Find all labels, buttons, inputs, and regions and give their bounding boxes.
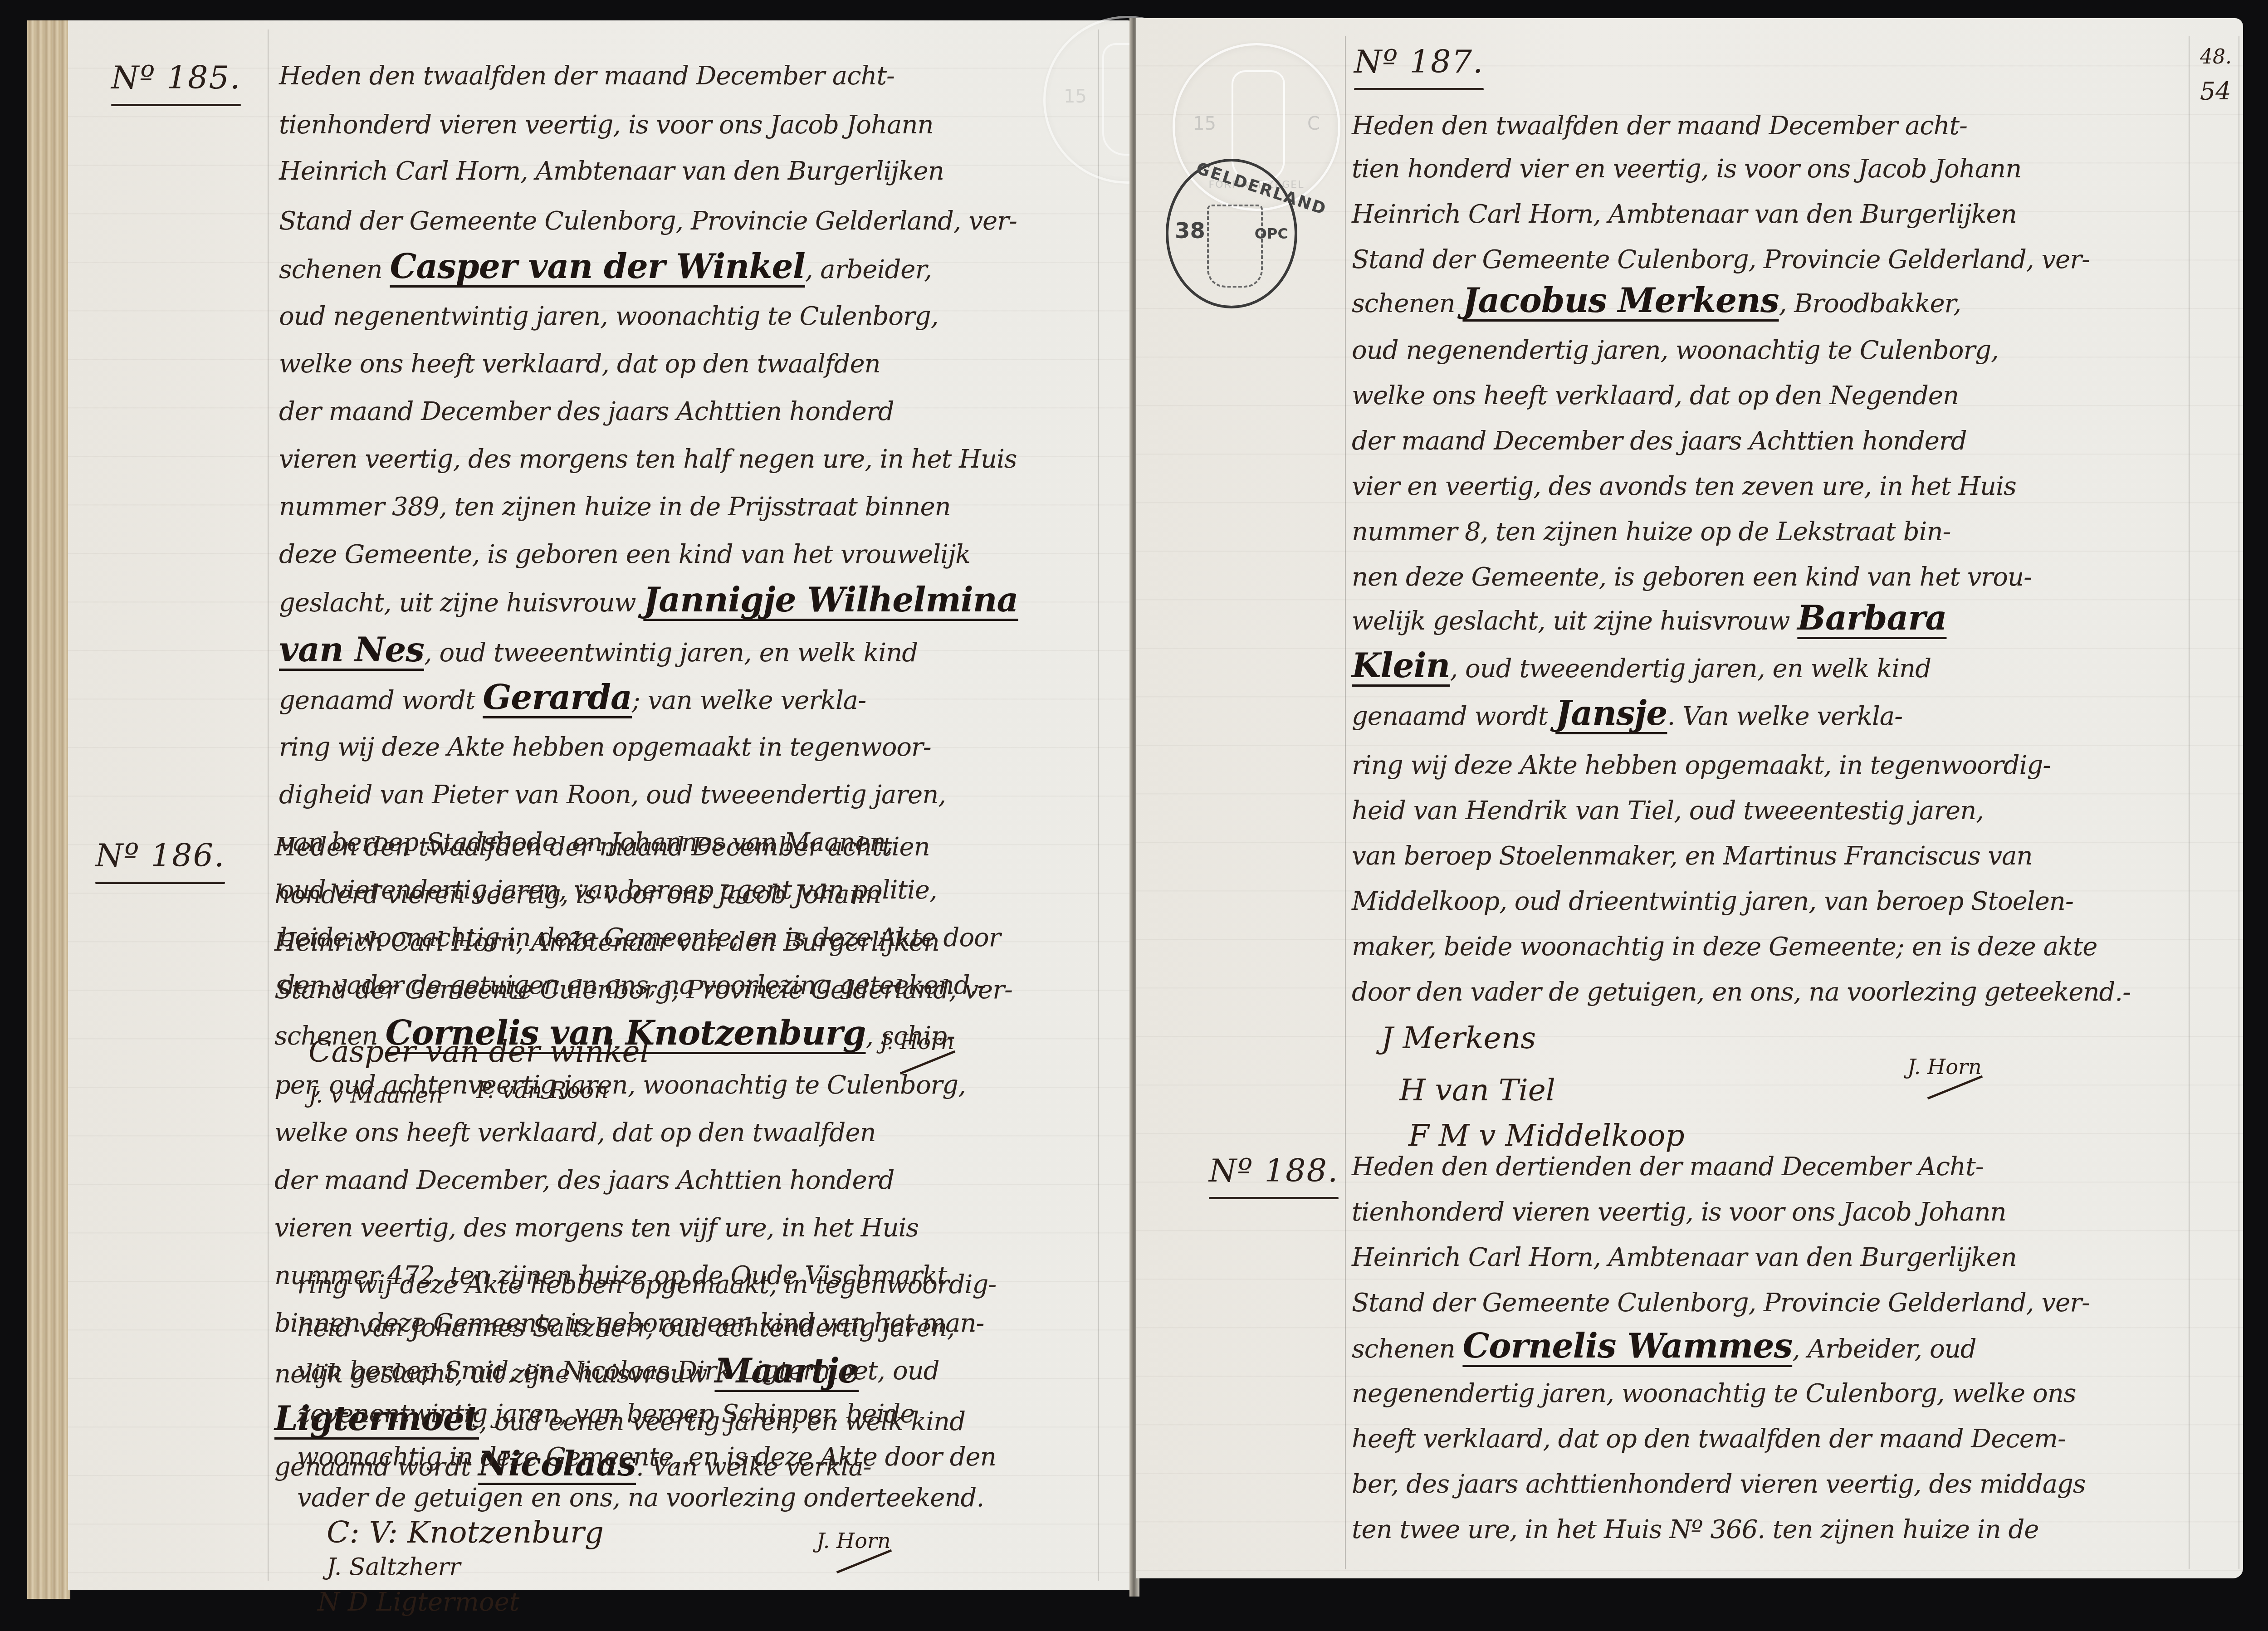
signature-father: C: V: Knotzenburg [327,1515,604,1550]
record-line: digheid van Pieter van Roon, oud tweeend… [279,780,946,810]
entry-number: Nº 188. [1209,1152,1339,1189]
signature-witness: J. Saltzherr [327,1553,460,1581]
father-name: Cornelis van Knotzenburg [385,1014,865,1053]
father-name: Jacobus Merkens [1462,281,1779,320]
margin-rule [1345,36,1346,1569]
record-line: ten twee ure, in het Huis Nº 366. ten zi… [1352,1515,2039,1544]
record-line: Heinrich Carl Horn, Ambtenaar van den Bu… [1352,200,2017,229]
record-line: welke ons heeft verklaard, dat op den tw… [279,349,880,379]
record-line: door den vader de getuigen, en ons, na v… [1352,977,2131,1007]
record-line: van Nes, oud tweeentwintig jaren, en wel… [279,630,918,669]
record-line: van beroep Stoelenmaker, en Martinus Fra… [1352,841,2033,871]
record-line: vieren veertig, des morgens ten half neg… [279,444,1017,474]
record-line: Middelkoop, oud drieentwintig jaren, van… [1352,887,2073,916]
signature-witness: N D Ligtermoet [318,1587,519,1617]
record-line: der maand December des jaars Achttien ho… [279,397,894,426]
folio-number-alt: 54 [2200,77,2231,106]
record-line: heid van Hendrik van Tiel, oud tweeentes… [1352,796,1984,825]
record-line: Heden den twaalfden der maand December a… [1352,111,1967,141]
margin-rule [2239,36,2239,1569]
record-line: Stand der Gemeente Culenborg, Provincie … [1352,245,2090,274]
record-line: Stand der Gemeente Culenborg, Provincie … [274,975,1012,1005]
record-line: maker, beide woonachtig in deze Gemeente… [1352,932,2097,962]
record-line: schenen Cornelis Wammes, Arbeider, oud [1352,1327,1976,1366]
record-line: heeft verklaard, dat op den twaalfden de… [1352,1424,2066,1454]
father-name: Casper van der Winkel [390,247,805,286]
book-page-edges [27,20,70,1599]
record-line: nummer 389, ten zijnen huize in de Prijs… [279,492,951,522]
record-line: ber, des jaars achttienhonderd vieren ve… [1352,1470,2086,1499]
record-line: der maand December, des jaars Achttien h… [274,1166,894,1195]
record-line: nen deze Gemeente, is geboren een kind v… [1352,562,2032,592]
child-name: Jansje [1555,694,1667,733]
record-line: Heinrich Carl Horn, Ambtenaar van den Bu… [1352,1243,2017,1272]
record-line: woonachtig in deze Gemeente, en is deze … [297,1442,996,1472]
record-line: welijk geslacht, uit zijne huisvrouw Bar… [1352,599,1946,638]
mother-first-name: Barbara [1797,599,1946,638]
record-line: geslacht, uit zijne huisvrouw Jannigje W… [279,581,1018,620]
mother-last-name: Klein [1352,646,1450,685]
entry-number: Nº 187. [1354,43,1484,80]
entry-number: Nº 185. [111,59,241,96]
record-line: van beroep Smid, en Nicolaas Dirk Ligter… [297,1356,939,1386]
record-line: ring wij deze Akte hebben opgemaakt, in … [1352,751,2051,780]
record-line: Stand der Gemeente Culenborg, Provincie … [279,206,1017,236]
signature-father: J Merkens [1381,1021,1536,1055]
record-line: nummer 8, ten zijnen huize op de Lekstra… [1352,517,1950,547]
record-line: schenen Casper van der Winkel, arbeider, [279,247,932,286]
record-line: vieren veertig, des morgens ten vijf ure… [274,1213,919,1243]
child-name: Gerarda [483,678,632,717]
record-line: genaamd wordt Gerarda; van welke verkla- [279,678,866,717]
coat-of-arms-icon [1207,205,1263,288]
record-line: tienhonderd vieren veertig, is voor ons … [1352,1197,2006,1227]
record-line: ring wij deze Akte hebben opgemaakt, in … [297,1270,996,1299]
record-line: ring wij deze Akte hebben opgemaakt in t… [279,732,931,762]
left-page: 15 C Nº 185. Heden den twaalfden der maa… [68,20,1132,1590]
entry-number: Nº 186. [95,837,225,874]
signature-registrar: J. Horn [1907,1055,1982,1079]
mother-first-name: Jannigje Wilhelmina [643,581,1018,620]
father-name: Cornelis Wammes [1462,1327,1792,1366]
record-line: vader de getuigen en ons, na voorlezing … [297,1483,984,1513]
record-line: oud negenendertig jaren, woonachtig te C… [1352,336,1999,365]
mother-last-name: van Nes [279,630,424,669]
record-line: deze Gemeente, is geboren een kind van h… [279,540,970,569]
record-line: tien honderd vier en veertig, is voor on… [1352,154,2021,184]
margin-rule [1098,29,1099,1581]
record-line: Heinrich Carl Horn, Ambtenaar van den Bu… [274,928,939,957]
record-line: heid van Johannes Saltzherr, oud achtend… [297,1313,954,1343]
margin-rule [2189,36,2190,1569]
record-line: vier en veertig, des avonds ten zeven ur… [1352,472,2016,501]
margin-rule [268,29,269,1581]
record-line: Stand der Gemeente Culenborg, Provincie … [1352,1288,2090,1318]
record-line: oud negenentwintig jaren, woonachtig te … [279,302,938,331]
record-line: schenen Cornelis van Knotzenburg, schip- [274,1014,955,1053]
record-line: negenendertig jaren, woonachtig te Culen… [1352,1379,2076,1408]
record-line: per, oud achtenveertig jaren, woonachtig… [274,1070,966,1100]
record-line: schenen Jacobus Merkens, Broodbakker, [1352,281,1961,320]
record-line: welke ons heeft verklaard, dat op den Ne… [1352,381,1959,410]
right-page: 15 C FORMAAT-ZEGEL GELDERLAND 38 OPC 48.… [1136,18,2243,1578]
record-line: zevenentwintig jaren, van beroep Schippe… [297,1399,914,1429]
record-line: Heden den dertienden der maand December … [1352,1152,1984,1182]
record-line: Heden den twaalfden der maand December a… [279,61,894,91]
record-line: honderd vieren veertig, is voor ons Jaco… [274,880,881,909]
record-line: Klein, oud tweeendertig jaren, en welk k… [1352,646,1931,685]
signature-witness: F M v Middelkoop [1408,1118,1685,1153]
record-line: der maand December des jaars Achttien ho… [1352,426,1967,456]
record-line: Heden den twaalfden der maand December a… [274,832,930,862]
record-line: tienhonderd vieren veertig, is voor ons … [279,110,934,140]
signature-witness: H van Tiel [1399,1073,1555,1108]
signature-registrar: J. Horn [816,1528,891,1553]
gelderland-ink-stamp: GELDERLAND 38 OPC [1166,159,1297,308]
record-line: genaamd wordt Jansje. Van welke verkla- [1352,694,1902,733]
record-line: Heinrich Carl Horn, Ambtenaar van den Bu… [279,156,944,186]
folio-number: 48. [2200,45,2232,68]
record-line: welke ons heeft verklaard, dat op den tw… [274,1118,876,1148]
